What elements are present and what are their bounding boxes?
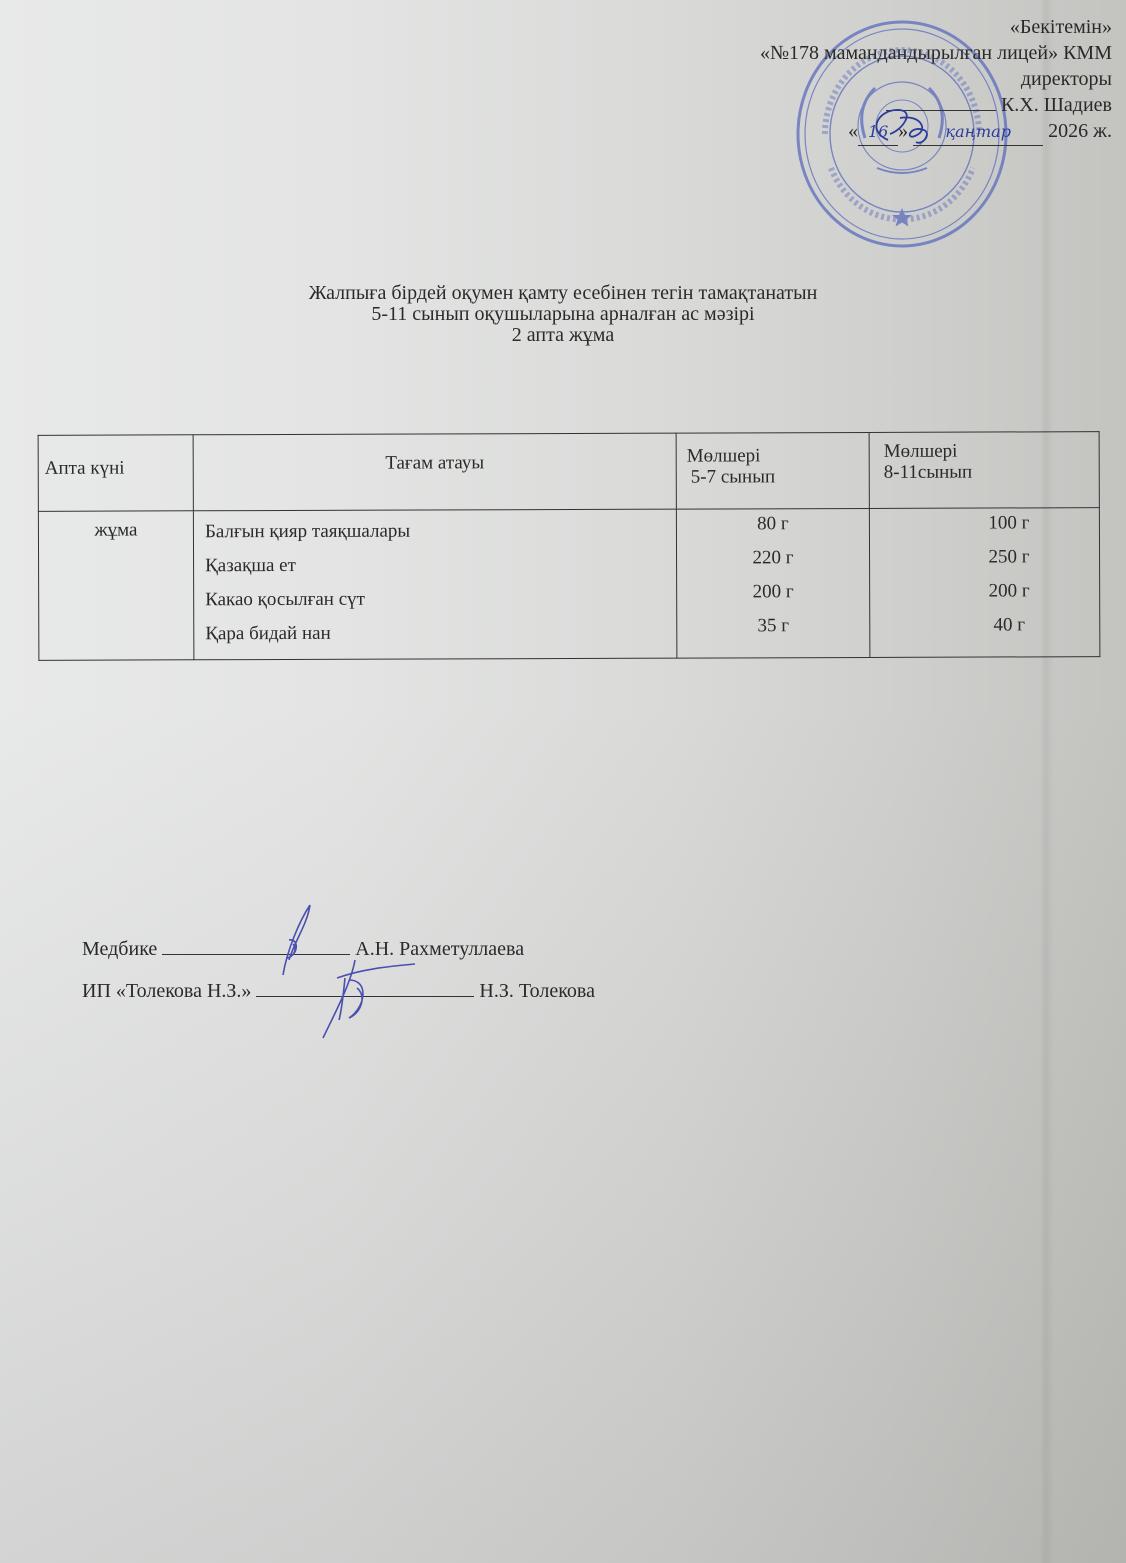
qty-5-7-list: 80 г 220 г 200 г 35 г (676, 508, 870, 658)
signature-line (162, 954, 350, 955)
approval-organization: «№178 мамандандырылған лицей» КММ (760, 40, 1112, 66)
signatures-block: Медбике А.Н. Рахметуллаева ИП «Толекова … (82, 928, 595, 1012)
dish-item: Қазақша ет (205, 550, 676, 586)
qty-8-11-item: 200 г (920, 576, 1098, 611)
signature-name: А.Н. Рахметуллаева (355, 938, 524, 960)
qty-8-11-item: 250 г (920, 542, 1098, 577)
header-qty-8-11-grade: 8-11сынып (884, 461, 1099, 483)
approval-position: директоры (760, 66, 1112, 92)
approval-director-line: К.Х. Шадиев (760, 92, 1112, 118)
director-signature-line (886, 110, 996, 111)
menu-table: Апта күні Тағам атауы Мөлшері 5-7 сынып … (38, 431, 1101, 661)
signature-name: Н.З. Толекова (479, 980, 595, 1002)
director-name: К.Х. Шадиев (1001, 94, 1112, 116)
date-month: қаңтар (913, 119, 1043, 146)
page-shadow (0, 700, 1126, 1563)
date-year: 2026 ж. (1048, 120, 1112, 142)
title-line-1: Жалпыға бірдей оқумен қамту есебінен тег… (0, 283, 1126, 304)
approval-heading: «Бекітемін» (760, 14, 1112, 40)
qty-5-7-item: 80 г (678, 509, 868, 544)
header-day: Апта күні (38, 435, 193, 512)
date-open-quote: « (848, 120, 858, 142)
date-close-quote: » (898, 120, 908, 142)
dish-item: Какао қосылған сүт (205, 584, 676, 620)
signature-role: Медбике (82, 938, 157, 960)
title-line-2: 5-11 сынып оқушыларына арналған ас мәзір… (0, 304, 1126, 325)
date-day: 16 (858, 119, 898, 146)
table-row: жұма Балғын қияр таяқшалары Қазақша ет К… (38, 508, 1100, 661)
header-qty-5-7: Мөлшері 5-7 сынып (676, 432, 869, 509)
table-header-row: Апта күні Тағам атауы Мөлшері 5-7 сынып … (38, 432, 1099, 512)
qty-5-7-item: 200 г (678, 577, 868, 612)
day-cell: жұма (38, 511, 194, 661)
approval-block: «Бекітемін» «№178 мамандандырылған лицей… (760, 14, 1112, 146)
dish-item: Балғын қияр таяқшалары (205, 516, 676, 552)
title-line-3: 2 апта жұма (0, 325, 1126, 346)
qty-5-7-item: 220 г (678, 543, 868, 578)
document-title: Жалпыға бірдей оқумен қамту есебінен тег… (0, 283, 1126, 346)
dish-list: Балғын қияр таяқшалары Қазақша ет Какао … (193, 509, 677, 660)
header-qty-5-7-label: Мөлшері (687, 445, 869, 467)
header-qty-8-11-label: Мөлшері (884, 440, 1099, 462)
signature-row-supplier: ИП «Толекова Н.З.» Н.З. Толекова (82, 970, 595, 1012)
dish-item: Қара бидай нан (205, 618, 676, 654)
header-qty-5-7-grade: 5-7 сынып (687, 466, 869, 488)
qty-8-11-list: 100 г 250 г 200 г 40 г (869, 508, 1100, 658)
signature-line (256, 996, 474, 997)
qty-8-11-item: 100 г (920, 508, 1098, 543)
paper-fold (1040, 0, 1054, 1563)
qty-5-7-item: 35 г (678, 611, 868, 646)
header-qty-8-11: Мөлшері 8-11сынып (869, 432, 1099, 509)
approval-date-line: «16» қаңтар 2026 ж. (760, 118, 1112, 146)
header-dish: Тағам атауы (193, 433, 676, 511)
qty-8-11-item: 40 г (920, 610, 1098, 645)
signature-role: ИП «Толекова Н.З.» (82, 980, 251, 1002)
signature-row-nurse: Медбике А.Н. Рахметуллаева (82, 928, 595, 970)
